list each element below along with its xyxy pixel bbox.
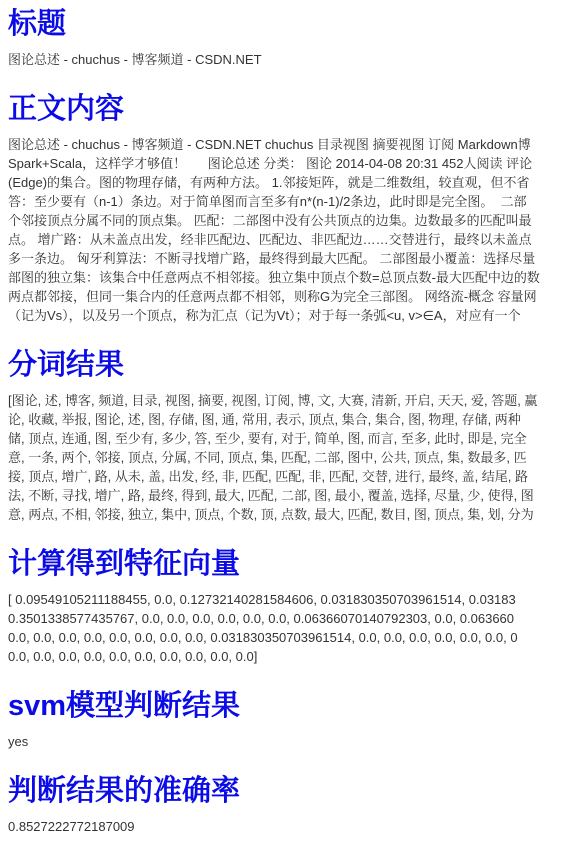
section-svm-result: svm模型判断结果yes [8,690,561,751]
text-line: 接, 顶点, 增广, 路, 从未, 盖, 出发, 经, 非, 匹配, 匹配, 非… [8,467,561,486]
section-heading: 判断结果的准确率 [8,775,561,807]
section-body: [图论, 述, 博客, 频道, 目录, 视图, 摘要, 视图, 订阅, 博, 文… [8,391,561,524]
section-feature-vector: 计算得到特征向量[ 0.09549105211188455, 0.0, 0.12… [8,548,561,666]
text-line: 图论总述 - chuchus - 博客频道 - CSDN.NET chuchus… [8,135,561,154]
text-line: 两点都邻接，但同一集合内的任意两点都不相邻，则称G为完全三部图。 网络流-概念 … [8,287,561,306]
section-accuracy: 判断结果的准确率0.8527222772187009 [8,775,561,836]
section-segmentation-result: 分词结果[图论, 述, 博客, 频道, 目录, 视图, 摘要, 视图, 订阅, … [8,349,561,524]
section-body: 0.8527222772187009 [8,817,561,836]
text-line: 意, 两点, 不相, 邻接, 独立, 集中, 顶点, 个数, 顶, 点数, 最大… [8,505,561,524]
section-heading: 正文内容 [8,93,561,125]
text-line: 0.8527222772187009 [8,817,561,836]
text-line: 0.0, 0.0, 0.0, 0.0, 0.0, 0.0, 0.0, 0.0, … [8,628,561,647]
text-line: 图论总述 - chuchus - 博客频道 - CSDN.NET [8,50,561,69]
text-line: [ 0.09549105211188455, 0.0, 0.1273214028… [8,590,561,609]
section-body: yes [8,732,561,751]
text-line: [图论, 述, 博客, 频道, 目录, 视图, 摘要, 视图, 订阅, 博, 文… [8,391,561,410]
text-line: 多一条边。 匈牙利算法：不断寻找增广路，最终得到最大匹配。 二部图最小覆盖：选择… [8,249,561,268]
text-line: 0.0, 0.0, 0.0, 0.0, 0.0, 0.0, 0.0, 0.0, … [8,647,561,666]
text-line: 部图的独立集：该集合中任意两点不相邻接。独立集中顶点个数=总顶点数-最大匹配中边… [8,268,561,287]
section-body: [ 0.09549105211188455, 0.0, 0.1273214028… [8,590,561,666]
text-line: 点。 增广路：从未盖点出发，经非匹配边、匹配边、非匹配边……交替进行，最终以未盖… [8,230,561,249]
section-heading: 标题 [8,8,561,40]
section-heading: 分词结果 [8,349,561,381]
section-body: 图论总述 - chuchus - 博客频道 - CSDN.NET [8,50,561,69]
text-line: 个邻接顶点分属不同的顶点集。 匹配：二部图中没有公共顶点的边集。边数最多的匹配叫… [8,211,561,230]
document: 标题图论总述 - chuchus - 博客频道 - CSDN.NET正文内容图论… [8,8,561,836]
text-line: 0.3501338577435767, 0.0, 0.0, 0.0, 0.0, … [8,609,561,628]
text-line: （记为Vs），以及另一个顶点，称为汇点（记为Vt）；对于每一条弧<u, v>∈A… [8,306,561,325]
text-line: 意, 一条, 两个, 邻接, 顶点, 分属, 不同, 顶点, 集, 匹配, 二部… [8,448,561,467]
text-line: (Edge)的集合。图的物理存储，有两种方法。 1.邻接矩阵，就是二维数组，较直… [8,173,561,192]
section-heading: 计算得到特征向量 [8,548,561,580]
text-line: 论, 收藏, 举报, 图论, 述, 图, 存储, 图, 通, 常用, 表示, 顶… [8,410,561,429]
text-line: Spark+Scala，这样学才够值！ 图论总述 分类： 图论 2014-04-… [8,154,561,173]
text-line: 答：至少要有（n-1）条边。对于简单图而言至多有n*(n-1)/2条边，此时即是… [8,192,561,211]
section-body: 图论总述 - chuchus - 博客频道 - CSDN.NET chuchus… [8,135,561,325]
text-line: 法, 不断, 寻找, 增广, 路, 最终, 得到, 最大, 匹配, 二部, 图,… [8,486,561,505]
text-line: yes [8,732,561,751]
section-heading: svm模型判断结果 [8,690,561,722]
section-title: 标题图论总述 - chuchus - 博客频道 - CSDN.NET [8,8,561,69]
text-line: 储, 顶点, 连通, 图, 至少有, 多少, 答, 至少, 要有, 对于, 简单… [8,429,561,448]
section-body-content: 正文内容图论总述 - chuchus - 博客频道 - CSDN.NET chu… [8,93,561,325]
